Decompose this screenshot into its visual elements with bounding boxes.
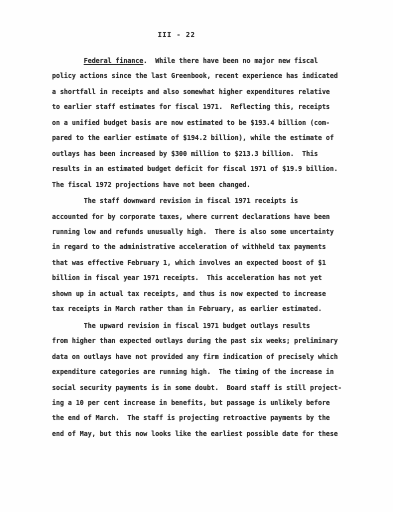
federal-finance-underlined-lead: Federal finance (84, 57, 144, 65)
paragraph-receipts-revision: The staff downward revision in fiscal 19… (52, 194, 348, 318)
paragraph-outlays-revision-text: The upward revision in fiscal 1971 budge… (52, 322, 342, 438)
document-page: III - 22 Federal finance. While there ha… (0, 0, 393, 512)
document-body: Federal finance. While there have been n… (52, 54, 348, 443)
paragraph-federal-finance: Federal finance. While there have been n… (52, 54, 348, 193)
paragraph-outlays-revision: The upward revision in fiscal 1971 budge… (52, 319, 348, 443)
paragraph-receipts-revision-text: The staff downward revision in fiscal 19… (52, 197, 334, 313)
page-number: III - 22 (0, 31, 353, 39)
paragraph-indent (52, 57, 84, 65)
paragraph-federal-finance-text: . While there have been no major new fis… (52, 57, 338, 189)
